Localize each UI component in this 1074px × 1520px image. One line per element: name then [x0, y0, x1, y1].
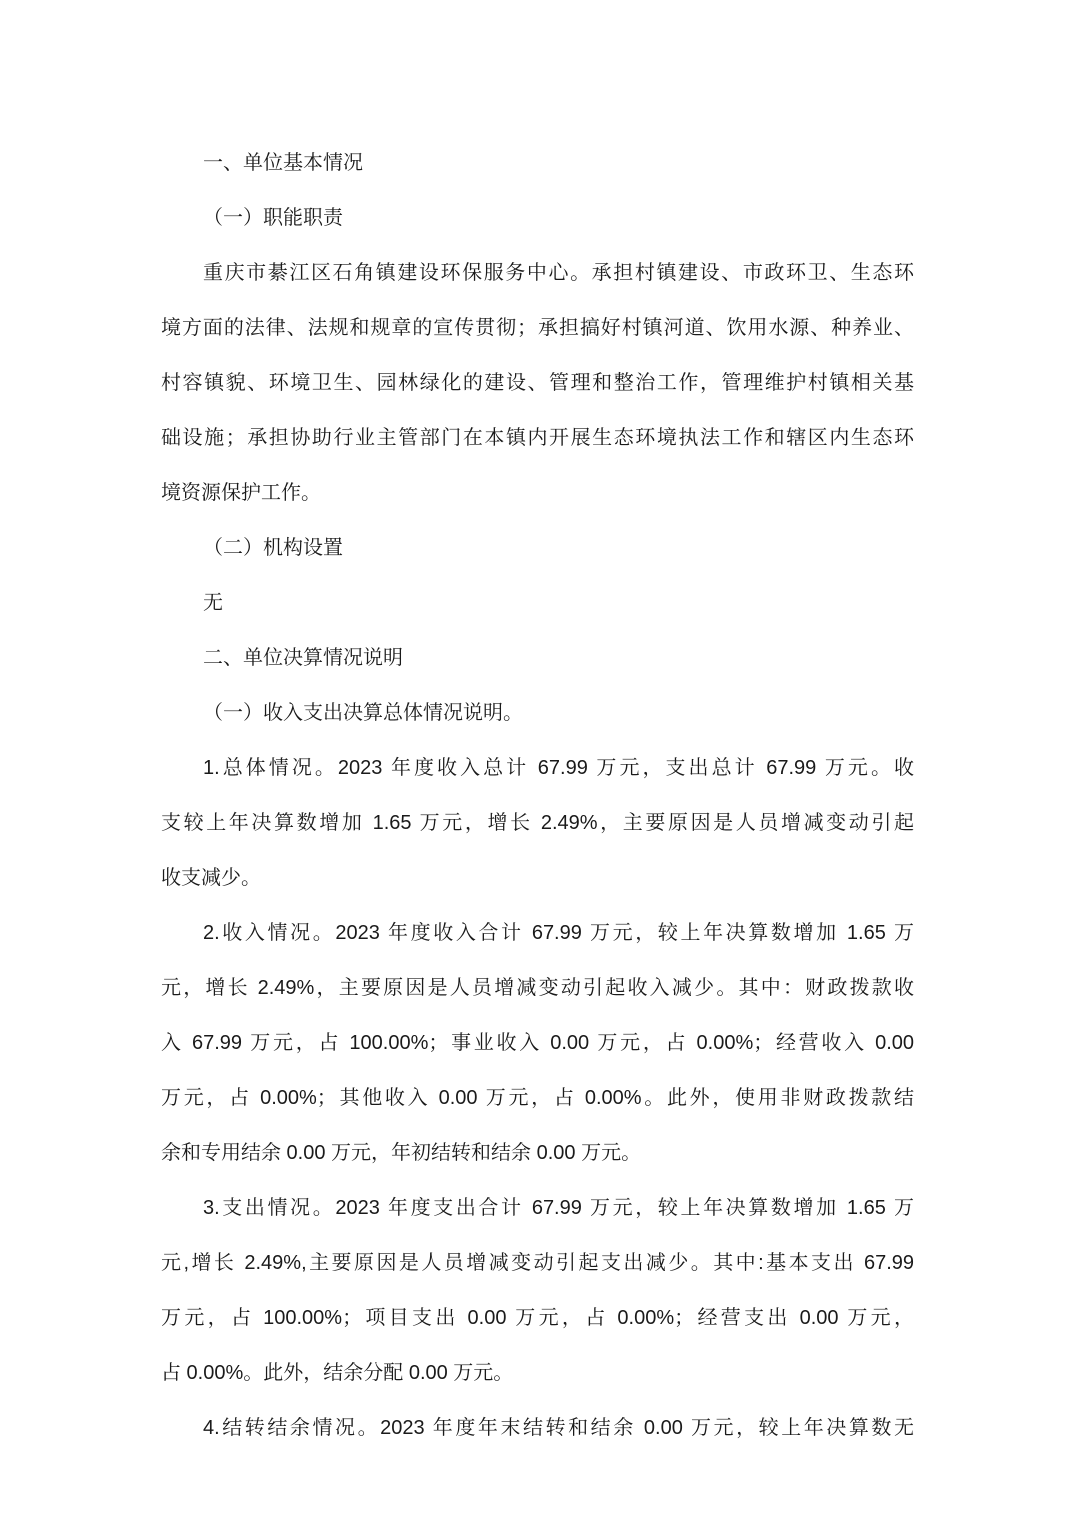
text-line: 元,增长 2.49%,主要原因是人员增减变动引起支出减少。其中:基本支出 67.… [161, 1236, 914, 1291]
text-line: 占 0.00%。此外，结余分配 0.00 万元。 [161, 1346, 914, 1401]
text-line: （二）机构设置 [161, 521, 914, 576]
document-paragraph: 重庆市綦江区石角镇建设环保服务中心。承担村镇建设、市政环卫、生态环境方面的法律、… [161, 246, 914, 521]
document-paragraph: 1.总体情况。2023 年度收入总计 67.99 万元，支出总计 67.99 万… [161, 741, 914, 906]
text-line: 元，增长 2.49%，主要原因是人员增减变动引起收入减少。其中：财政拨款收 [161, 961, 914, 1016]
text-line: （一）收入支出决算总体情况说明。 [161, 686, 914, 741]
document-paragraph: 无 [161, 576, 914, 631]
text-line: 二、单位决算情况说明 [161, 631, 914, 686]
text-line: （一）职能职责 [161, 191, 914, 246]
document-heading: （一）收入支出决算总体情况说明。 [161, 686, 914, 741]
text-line: 村容镇貌、环境卫生、园林绿化的建设、管理和整治工作，管理维护村镇相关基 [161, 356, 914, 411]
text-line: 境资源保护工作。 [161, 466, 914, 521]
document-heading: 二、单位决算情况说明 [161, 631, 914, 686]
document-paragraph: 3.支出情况。2023 年度支出合计 67.99 万元，较上年决算数增加 1.6… [161, 1181, 914, 1401]
text-line: 一、单位基本情况 [161, 136, 914, 191]
text-line: 重庆市綦江区石角镇建设环保服务中心。承担村镇建设、市政环卫、生态环 [161, 246, 914, 301]
text-line: 入 67.99 万元，占 100.00%；事业收入 0.00 万元，占 0.00… [161, 1016, 914, 1071]
text-line: 2.收入情况。2023 年度收入合计 67.99 万元，较上年决算数增加 1.6… [161, 906, 914, 961]
document-paragraph: 2.收入情况。2023 年度收入合计 67.99 万元，较上年决算数增加 1.6… [161, 906, 914, 1181]
text-line: 1.总体情况。2023 年度收入总计 67.99 万元，支出总计 67.99 万… [161, 741, 914, 796]
document-heading: （二）机构设置 [161, 521, 914, 576]
text-line: 4.结转结余情况。2023 年度年末结转和结余 0.00 万元，较上年决算数无 [161, 1401, 914, 1456]
document-page: 一、单位基本情况（一）职能职责重庆市綦江区石角镇建设环保服务中心。承担村镇建设、… [0, 0, 1074, 1520]
text-line: 3.支出情况。2023 年度支出合计 67.99 万元，较上年决算数增加 1.6… [161, 1181, 914, 1236]
text-line: 础设施；承担协助行业主管部门在本镇内开展生态环境执法工作和辖区内生态环 [161, 411, 914, 466]
text-line: 无 [161, 576, 914, 631]
text-line: 支较上年决算数增加 1.65 万元，增长 2.49%，主要原因是人员增减变动引起 [161, 796, 914, 851]
document-heading: （一）职能职责 [161, 191, 914, 246]
document-body: 一、单位基本情况（一）职能职责重庆市綦江区石角镇建设环保服务中心。承担村镇建设、… [161, 136, 914, 1456]
text-line: 境方面的法律、法规和规章的宣传贯彻；承担搞好村镇河道、饮用水源、种养业、 [161, 301, 914, 356]
text-line: 余和专用结余 0.00 万元，年初结转和结余 0.00 万元。 [161, 1126, 914, 1181]
text-line: 万元，占 0.00%；其他收入 0.00 万元，占 0.00%。此外，使用非财政… [161, 1071, 914, 1126]
document-heading: 一、单位基本情况 [161, 136, 914, 191]
text-line: 收支减少。 [161, 851, 914, 906]
document-paragraph: 4.结转结余情况。2023 年度年末结转和结余 0.00 万元，较上年决算数无 [161, 1401, 914, 1456]
text-line: 万元，占 100.00%；项目支出 0.00 万元，占 0.00%；经营支出 0… [161, 1291, 914, 1346]
